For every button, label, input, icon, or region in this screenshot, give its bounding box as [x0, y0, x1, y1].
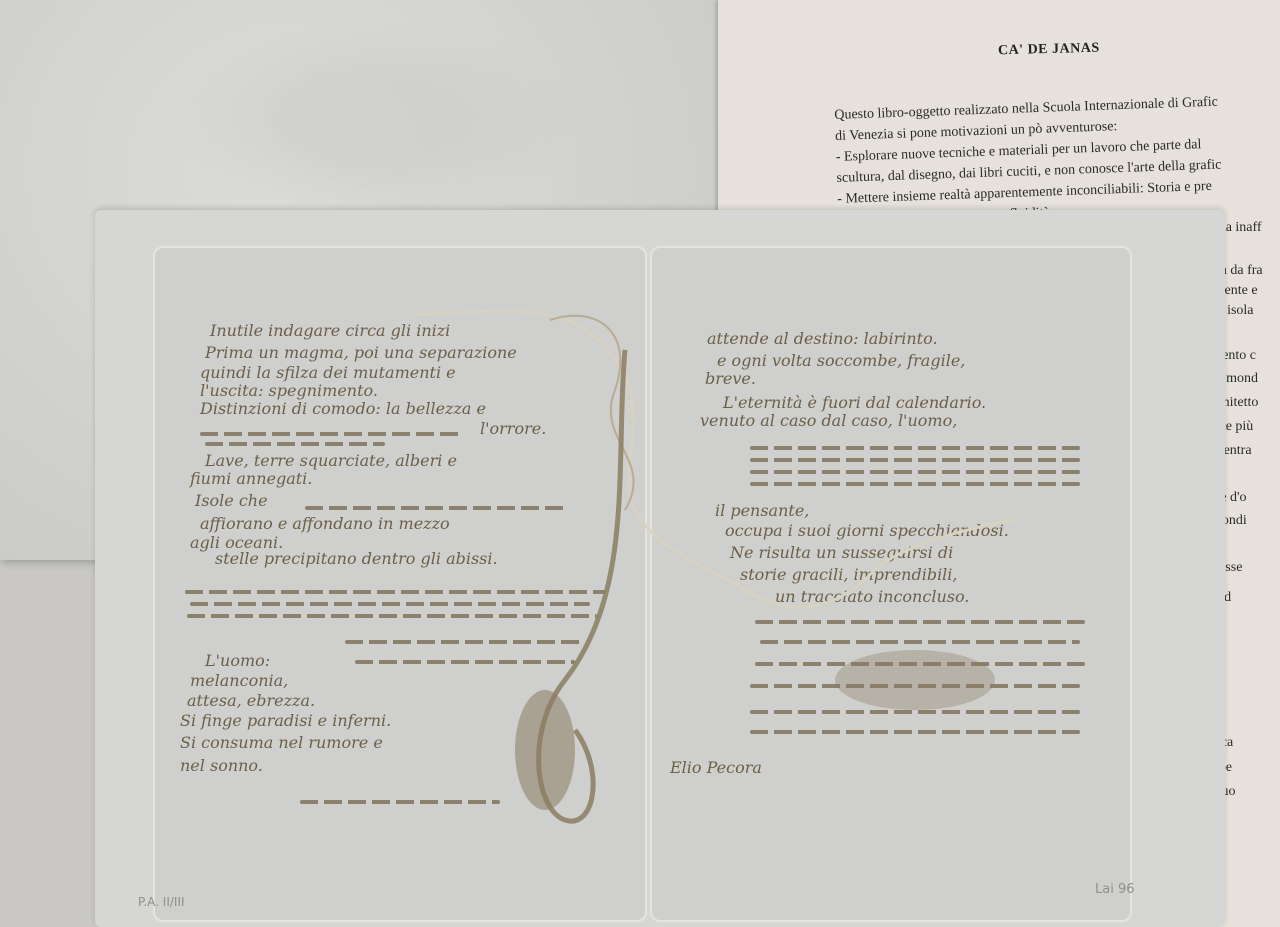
embossed-relief [170, 20, 590, 220]
typed-title: CA' DE JANAS [998, 41, 1100, 60]
thread-icon [95, 210, 1225, 927]
etching-card: Inutile indagare circa gli inizi Prima u… [95, 210, 1225, 927]
